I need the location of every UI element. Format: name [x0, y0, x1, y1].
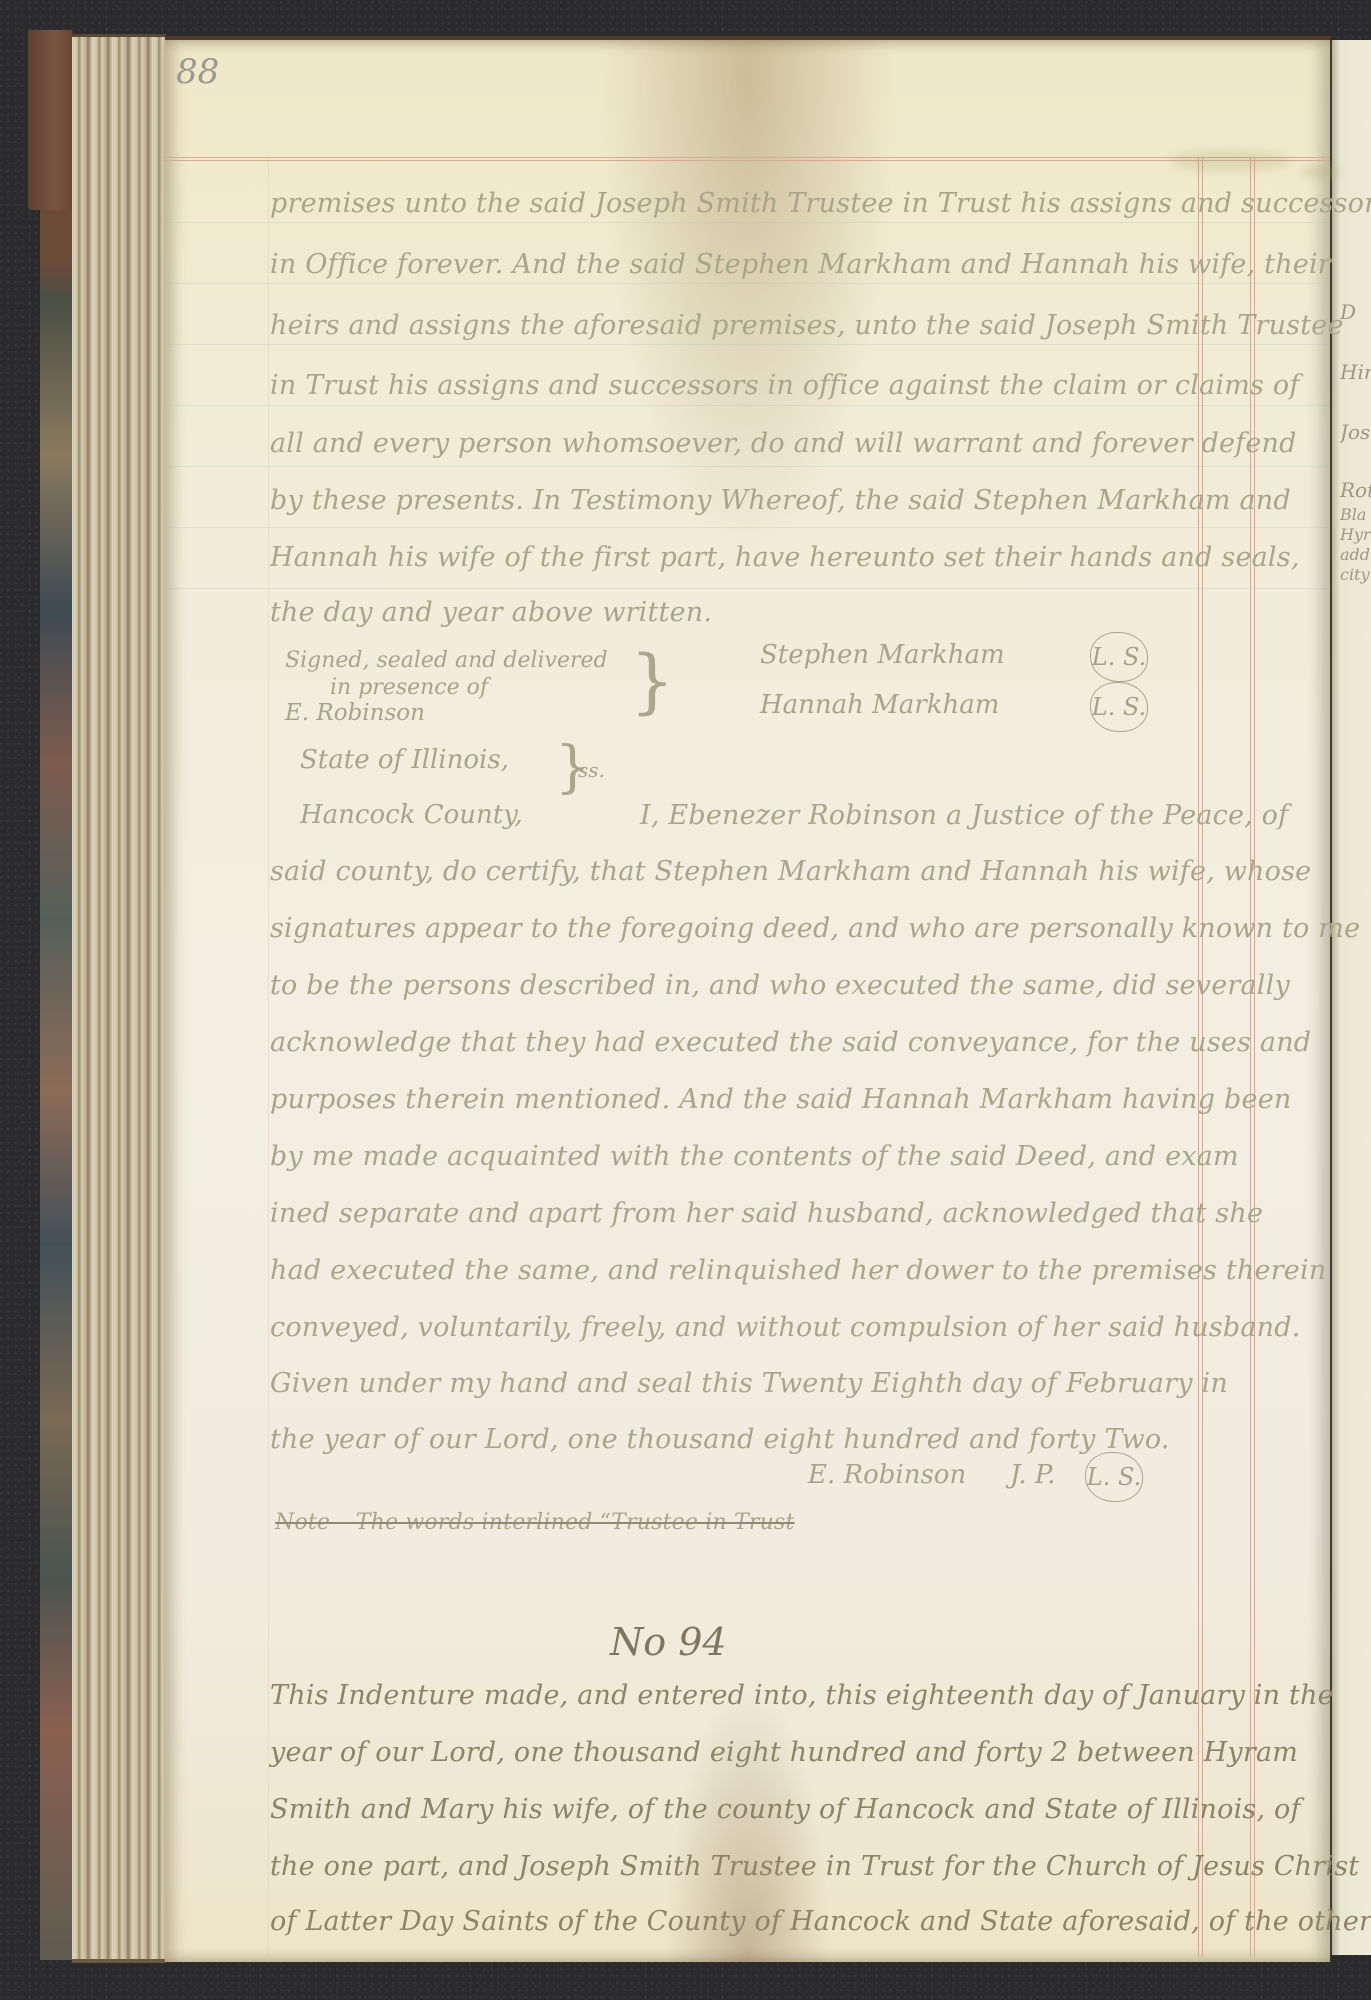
text-line: heirs and assigns the aforesaid premises… [270, 310, 1344, 341]
signer-name: Stephen Markham [760, 640, 1005, 670]
facing-page-fragment: Hir [1340, 360, 1371, 384]
text-line: Hannah his wife of the first part, have … [270, 542, 1300, 573]
signer-name: Hannah Markham [760, 690, 999, 720]
page-number: 88 [176, 52, 219, 92]
witness-label: in presence of [330, 675, 488, 700]
text-line: to be the persons described in, and who … [270, 970, 1290, 1001]
left-margin-rule [268, 157, 269, 1957]
witness-label: Signed, sealed and delivered [285, 648, 608, 673]
text-line: ined separate and apart from her said hu… [270, 1198, 1263, 1229]
text-line: had executed the same, and relinquished … [270, 1255, 1326, 1286]
text-line: of Latter Day Saints of the County of Ha… [270, 1906, 1371, 1937]
water-stain [1300, 165, 1340, 179]
text-line: premises unto the said Joseph Smith Trus… [270, 188, 1371, 219]
ruled-line [165, 283, 1330, 284]
venue-state: State of Illinois, [300, 745, 509, 775]
text-line: This Indenture made, and entered into, t… [270, 1680, 1334, 1711]
ruled-line [165, 344, 1330, 345]
ruled-line [165, 405, 1330, 406]
seal-ls: L. S. [1085, 1452, 1143, 1502]
text-line: year of our Lord, one thousand eight hun… [270, 1737, 1298, 1768]
struck-note: Note – The words interlined “Trustee in … [275, 1510, 795, 1535]
justice-title: J. P. [1010, 1460, 1055, 1490]
facing-page-fragment: Hyr [1340, 525, 1371, 544]
venue-ss: ss. [578, 758, 605, 782]
facing-page-fragment: city [1340, 565, 1371, 584]
header-rule [165, 157, 1330, 158]
text-line: I, Ebenezer Robinson a Justice of the Pe… [640, 800, 1288, 831]
brace: } [630, 640, 675, 722]
leather-cover-corner [28, 30, 72, 210]
text-line: the day and year above written. [270, 597, 712, 628]
ruled-line [165, 222, 1330, 223]
facing-page-fragment: D [1340, 300, 1371, 324]
text-line: conveyed, voluntarily, freely, and witho… [270, 1312, 1301, 1343]
text-line: by me made acquainted with the contents … [270, 1141, 1239, 1172]
witness-name: E. Robinson [285, 700, 425, 726]
facing-page-fragment: Bla [1340, 505, 1371, 524]
justice-signature: E. Robinson [808, 1460, 966, 1490]
deed-number-heading: No 94 [610, 1620, 727, 1664]
text-line: the one part, and Joseph Smith Trustee i… [270, 1851, 1359, 1882]
text-line: all and every person whomsoever, do and … [270, 428, 1297, 459]
seal-ls: L. S. [1090, 632, 1148, 682]
text-line: in Trust his assigns and successors in o… [270, 370, 1300, 401]
text-line: in Office forever. And the said Stephen … [270, 249, 1331, 280]
text-line: by these presents. In Testimony Whereof,… [270, 485, 1291, 516]
text-line: said county, do certify, that Stephen Ma… [270, 856, 1311, 887]
text-line: signatures appear to the foregoing deed,… [270, 913, 1360, 944]
water-stain [1170, 150, 1290, 172]
marbled-cover-edge [40, 30, 74, 1960]
ruled-line [165, 588, 1330, 589]
text-line: acknowledge that they had executed the s… [270, 1027, 1311, 1058]
header-rule [165, 160, 1330, 161]
text-line: the year of our Lord, one thousand eight… [270, 1424, 1170, 1455]
text-line: Smith and Mary his wife, of the county o… [270, 1794, 1301, 1825]
facing-page-fragment: Rot [1340, 478, 1371, 502]
venue-county: Hancock County, [300, 800, 523, 830]
ruled-line [165, 527, 1330, 528]
text-line: Given under my hand and seal this Twenty… [270, 1368, 1228, 1399]
page-edges-stack [72, 34, 166, 1963]
facing-page-fragment: Josep [1340, 420, 1371, 444]
seal-ls: L. S. [1090, 682, 1148, 732]
text-line: purposes therein mentioned. And the said… [270, 1084, 1291, 1115]
ruled-line [165, 466, 1330, 467]
facing-page-fragment: add [1340, 545, 1371, 564]
